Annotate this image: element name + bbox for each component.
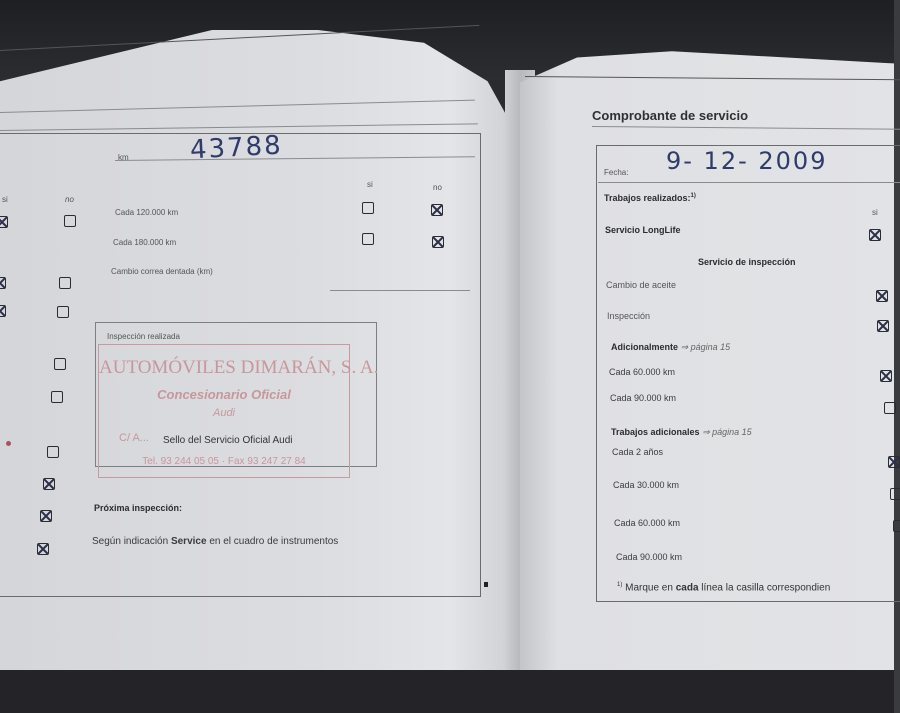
checkbox-left-no-1[interactable] [64,215,76,227]
service-record-title: Comprobante de servicio [592,108,748,123]
left-col-no-label: no [65,195,74,204]
service-indicator-bold: Service [171,536,207,547]
row-label-120000: Cada 120.000 km [115,208,178,217]
service-indicator-text: Según indicación Service en el cuadro de… [92,536,338,547]
left-col-si-label: si [2,195,8,204]
item-additionally-heading: Adicionalmente ⇒ página 15 [611,342,730,353]
checkbox-left-si-1[interactable] [0,216,8,228]
next-inspection-label: Próxima inspección: [94,503,182,513]
km-value-handwritten: 43788 [189,131,283,166]
item-every-60000-b: Cada 60.000 km [614,518,680,528]
checkbox-service-indicator[interactable] [37,543,49,555]
stamp-line-1: AUTOMÓVILES DIMARÁN, S. A. [99,357,349,379]
checkbox-left-no-2[interactable] [59,277,71,289]
item-inspection: Inspección [607,311,650,321]
checkbox-next-inspection[interactable] [40,510,52,522]
km-label: km [118,153,129,162]
right-si-label: si [872,208,878,217]
checkbox-left-5[interactable] [51,391,63,403]
item-inspection-service-heading: Servicio de inspección [698,257,796,267]
right-col-si-label: si [367,180,373,189]
checkbox-180000-no[interactable] [432,236,444,248]
stamp-line-3: Audi [99,407,349,419]
timing-belt-underline [330,290,470,291]
item-additional-work-heading: Trabajos adicionales ⇒ página 15 [611,427,752,438]
footnote-bold: cada [676,582,699,593]
checkbox-left-si-2[interactable] [0,277,6,289]
inspection-label: Inspección realizada [107,332,180,341]
checkbox-left-si-3[interactable] [0,305,6,317]
item-every-30000: Cada 30.000 km [613,480,679,490]
ink-dot [6,441,11,446]
item-every-90000-b: Cada 90.000 km [616,552,682,562]
date-value-handwritten: 9- 12- 2009 [666,147,827,175]
checkbox-inspection[interactable] [877,320,889,332]
item-oil-change: Cambio de aceite [606,280,676,290]
dealer-stamp: AUTOMÓVILES DIMARÁN, S. A. Concesionario… [98,344,350,478]
checkbox-every-2-years[interactable] [888,456,900,468]
row-label-180000: Cada 180.000 km [113,238,176,247]
checkbox-left-7[interactable] [43,478,55,490]
page-ref-additional-work: ⇒ página 15 [702,427,752,437]
item-every-2-years: Cada 2 años [612,447,663,457]
item-every-90000: Cada 90.000 km [610,393,676,403]
stamp-line-2: Concesionario Oficial [99,387,349,402]
checkbox-120000-no[interactable] [431,204,443,216]
date-underline [598,182,900,183]
date-label: Fecha: [604,168,628,177]
stamp-line-5: Tel. 93 244 05 05 · Fax 93 247 27 84 [99,456,349,467]
checkbox-longlife[interactable] [869,229,881,241]
stamp-overlay-label: Sello del Servicio Oficial Audi [163,435,293,446]
checkbox-180000-si[interactable] [362,233,374,245]
footnote: 1) Marque en cada línea la casilla corre… [617,582,830,593]
checkbox-every-90000[interactable] [884,402,896,414]
item-every-60000: Cada 60.000 km [609,367,675,377]
checkbox-oil-change[interactable] [876,290,888,302]
checkbox-left-4[interactable] [54,358,66,370]
page-ref-additionally: ⇒ página 15 [681,342,731,352]
row-label-timing-belt: Cambio correa dentada (km) [111,267,213,276]
item-longlife: Servicio LongLife [605,225,681,235]
checkbox-every-60000-b[interactable] [893,520,900,532]
checkbox-left-6[interactable] [47,446,59,458]
checkbox-left-no-3[interactable] [57,306,69,318]
right-col-no-label: no [433,183,442,192]
checkbox-every-60000[interactable] [880,370,892,382]
work-done-label: Trabajos realizados:1) [604,193,696,203]
checkbox-every-30000[interactable] [890,488,900,500]
page-marker [484,582,488,587]
checkbox-120000-si[interactable] [362,202,374,214]
